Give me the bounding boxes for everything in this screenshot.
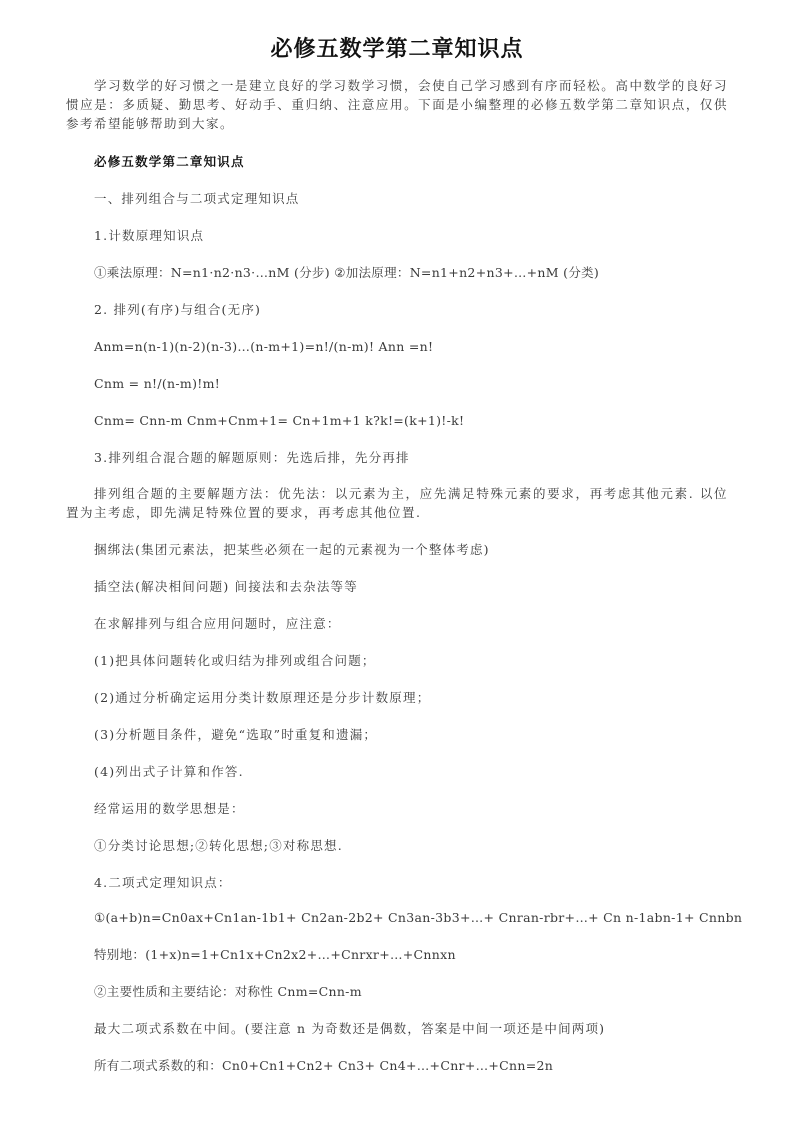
formula-line: Cnm = n!/(n-m)!m! (94, 376, 220, 392)
text-line: 在求解排列与组合应用问题时，应注意： (94, 616, 341, 632)
intro-paragraph: 学习数学的好习惯之一是建立良好的学习数学习惯，会使自己学习感到有序而轻松。高中数… (66, 76, 728, 133)
subtitle: 必修五数学第二章知识点 (94, 154, 245, 170)
subsection-heading-4: 4.二项式定理知识点： (94, 875, 232, 891)
text-line: 最大二项式系数在中间。(要注意 n 为奇数还是偶数，答案是中间一项还是中间两项) (94, 1021, 605, 1037)
list-item: (4)列出式子计算和作答. (94, 764, 244, 780)
section-heading: 一、排列组合与二项式定理知识点 (94, 191, 300, 207)
subsection-heading-1: 1.计数原理知识点 (94, 228, 204, 244)
methods-paragraph: 排列组合题的主要解题方法：优先法：以元素为主，应先满足特殊元素的要求，再考虑其他… (66, 484, 728, 522)
list-item: (1)把具体问题转化或归结为排列或组合问题； (94, 653, 376, 669)
subsection-heading-3: 3.排列组合混合题的解题原则：先选后排，先分再排 (94, 450, 410, 466)
page-title: 必修五数学第二章知识点 (0, 32, 794, 63)
formula-line: ①(a+b)n=Cn0ax+Cn1an-1b1+ Cn2an-2b2+ Cn3a… (94, 910, 742, 926)
formula-line: 所有二项式系数的和：Cn0+Cn1+Cn2+ Cn3+ Cn4+…+Cnr+…+… (94, 1058, 553, 1074)
list-item: (3)分析题目条件，避免“选取”时重复和遗漏； (94, 727, 377, 743)
list-item: (2)通过分析确定运用分类计数原理还是分步计数原理； (94, 690, 430, 706)
formula-line: 特别地：(1+x)n=1+Cn1x+Cn2x2+…+Cnrxr+…+Cnnxn (94, 947, 456, 963)
text-line: 经常运用的数学思想是： (94, 801, 245, 817)
text-line: ①分类讨论思想;②转化思想;③对称思想. (94, 838, 343, 854)
formula-line: Anm=n(n-1)(n-2)(n-3)…(n-m+1)=n!/(n-m)! A… (94, 339, 433, 355)
counting-principle-line: ①乘法原理：N=n1·n2·n3·…nM (分步) ②加法原理：N=n1+n2+… (94, 265, 599, 281)
subsection-heading-2: 2. 排列(有序)与组合(无序) (94, 302, 261, 318)
formula-line: ②主要性质和主要结论：对称性 Cnm=Cnn-m (94, 984, 362, 1000)
text-line: 捆绑法(集团元素法，把某些必须在一起的元素视为一个整体考虑) (94, 542, 490, 558)
formula-line: Cnm= Cnn-m Cnm+Cnm+1= Cn+1m+1 k?k!=(k+1)… (94, 413, 464, 429)
text-line: 插空法(解决相间问题) 间接法和去杂法等等 (94, 579, 358, 595)
